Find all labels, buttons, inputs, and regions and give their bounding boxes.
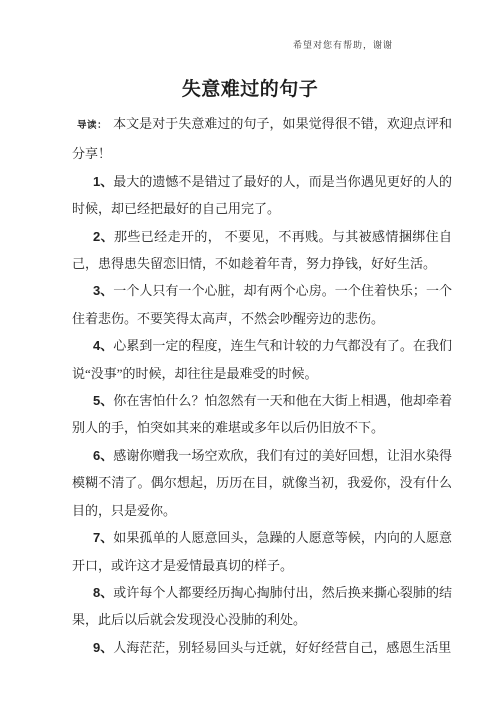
sentence-item: 6、感谢你赠我一场空欢欣，我们有过的美好回想，让泪水染得模糊不清了。偶尔想起，历… (72, 442, 452, 524)
sentence-item: 7、如果孤单的人愿意回头，急躁的人愿意等候，内向的人愿意开口，或许这才是爱情最真… (72, 524, 452, 579)
lead-label: 导读： (77, 121, 107, 131)
document-page: 希望对您有帮助，谢谢 失意难过的句子 导读：本文是对于失意难过的句子，如果觉得很… (0, 0, 500, 708)
item-number: 9、 (93, 640, 113, 655)
item-text: 你在害怕什么？怕忽然有一天和他在大街上相遇，他却牵着别人的手，怕突如其来的难堪或… (72, 393, 452, 435)
sentence-item: 9、人海茫茫，别轻易回头与迁就，好好经营自己，感恩生活里 (72, 634, 452, 661)
sentence-item: 8、或许每个人都要经历掏心掏肺付出，然后换来撕心裂肺的结果，此后以后就会发现没心… (72, 579, 452, 634)
item-number: 7、 (93, 530, 113, 545)
item-text: 一个人只有一个心脏，却有两个心房。一个住着快乐；一个住着悲伤。不要笑得太高声，不… (72, 283, 452, 325)
item-number: 6、 (93, 448, 113, 463)
item-text: 最大的遗憾不是错过了最好的人，而是当你遇见更好的人的时候，却已经把最好的自己用完… (72, 174, 452, 216)
item-number: 8、 (93, 585, 113, 600)
header-note: 希望对您有帮助，谢谢 (293, 38, 452, 51)
sentence-item: 1、最大的遗憾不是错过了最好的人，而是当你遇见更好的人的时候，却已经把最好的自己… (72, 168, 452, 223)
item-number: 4、 (93, 338, 113, 353)
item-text: 感谢你赠我一场空欢欣，我们有过的美好回想，让泪水染得模糊不清了。偶尔想起，历历在… (72, 448, 452, 518)
item-number: 2、 (93, 229, 114, 244)
sentence-item: 3、一个人只有一个心脏，却有两个心房。一个住着快乐；一个住着悲伤。不要笑得太高声… (72, 277, 452, 332)
item-text: 人海茫茫，别轻易回头与迁就，好好经营自己，感恩生活里 (113, 640, 451, 655)
sentence-item: 2、那些已经走开的， 不要见，不再贱。与其被感情捆绑住自己，患得患失留恋旧情，不… (72, 223, 452, 278)
document-body: 导读：本文是对于失意难过的句子，如果觉得很不错，欢迎点评和分享！ 1、最大的遗憾… (72, 110, 452, 661)
sentence-item: 5、你在害怕什么？怕忽然有一天和他在大街上相遇，他却牵着别人的手，怕突如其来的难… (72, 387, 452, 442)
item-text: 心累到一定的程度，连生气和计较的力气都没有了。在我们说“没事”的时候，却往往是最… (72, 338, 452, 380)
item-number: 5、 (93, 393, 113, 408)
item-text: 那些已经走开的， 不要见，不再贱。与其被感情捆绑住自己，患得患失留恋旧情，不如趁… (72, 229, 452, 271)
sentence-list: 1、最大的遗憾不是错过了最好的人，而是当你遇见更好的人的时候，却已经把最好的自己… (72, 168, 452, 661)
lead-text: 本文是对于失意难过的句子，如果觉得很不错，欢迎点评和分享！ (72, 116, 452, 161)
item-text: 如果孤单的人愿意回头，急躁的人愿意等候，内向的人愿意开口，或许这才是爱情最真切的… (72, 530, 452, 572)
item-number: 3、 (93, 283, 113, 298)
sentence-item: 4、心累到一定的程度，连生气和计较的力气都没有了。在我们说“没事”的时候，却往往… (72, 332, 452, 387)
item-text: 或许每个人都要经历掏心掏肺付出，然后换来撕心裂肺的结果，此后以后就会发现没心没肺… (72, 585, 452, 627)
item-number: 1、 (93, 174, 113, 189)
page-title: 失意难过的句子 (0, 74, 500, 101)
lead-paragraph: 导读：本文是对于失意难过的句子，如果觉得很不错，欢迎点评和分享！ (72, 110, 452, 168)
